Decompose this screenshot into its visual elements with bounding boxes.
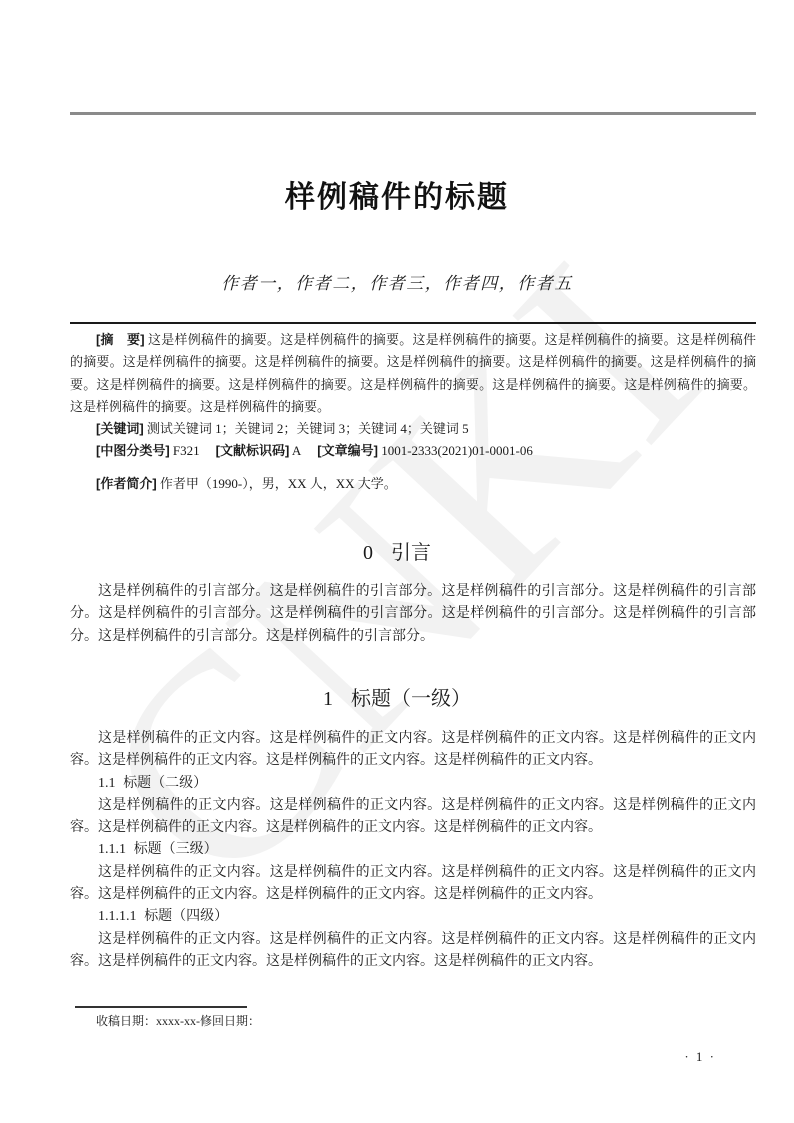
section-1-title: 标题（一级） xyxy=(351,688,471,710)
abstract-text: 这是样例稿件的摘要。这是样例稿件的摘要。这是样例稿件的摘要。这是样例稿件的摘要。… xyxy=(70,332,756,414)
subsection-1-1-number: 1.1 xyxy=(98,776,116,791)
subsection-1-1-1-1-heading: 1.1.1.1标题（四级） xyxy=(70,906,756,928)
abstract-rule xyxy=(70,322,756,324)
abstract-paragraph: [摘 要] 这是样例稿件的摘要。这是样例稿件的摘要。这是样例稿件的摘要。这是样例… xyxy=(70,329,756,418)
section-0-number: 0 xyxy=(363,542,373,564)
subsection-1-1-1-number: 1.1.1 xyxy=(98,842,126,857)
subsection-1-1-title: 标题（二级） xyxy=(123,776,207,791)
subsection-1-1-1-1-number: 1.1.1.1 xyxy=(98,909,137,924)
subsection-1-1-1-heading: 1.1.1标题（三级） xyxy=(70,839,756,861)
section-1-heading: 1标题（一级） xyxy=(0,682,794,711)
introduction-block: 这是样例稿件的引言部分。这是样例稿件的引言部分。这是样例稿件的引言部分。这是样例… xyxy=(70,581,756,648)
author-bio-label: [作者简介] xyxy=(96,476,157,491)
header-rule xyxy=(70,112,756,115)
doc-code-label: [文献标识码] xyxy=(216,443,290,458)
manuscript-page: CNKI 样例稿件的标题 作者一，作者二，作者三，作者四，作者五 [摘 要] 这… xyxy=(0,0,794,1123)
article-no-value: 1001-2333(2021)01-0001-06 xyxy=(381,443,533,458)
page-number: · 1 · xyxy=(684,1049,716,1065)
section-0-heading: 0引言 xyxy=(0,536,794,565)
body-paragraph: 这是样例稿件的正文内容。这是样例稿件的正文内容。这是样例稿件的正文内容。这是样例… xyxy=(70,795,756,840)
received-date-note: 收稿日期：xxxx-xx-修回日期： xyxy=(96,1012,260,1030)
clc-label: [中图分类号] xyxy=(96,443,170,458)
article-no-label: [文章编号] xyxy=(317,443,378,458)
author-bio-text: 作者甲（1990-），男，XX 人，XX 大学。 xyxy=(160,476,397,491)
classification-line: [中图分类号] F321[文献标识码] A[文章编号] 1001-2333(20… xyxy=(70,440,756,462)
abstract-label: [摘 要] xyxy=(96,332,145,347)
keywords-text: 测试关键词 1；关键词 2；关键词 3；关键词 4；关键词 5 xyxy=(147,421,469,436)
authors-line: 作者一，作者二，作者三，作者四，作者五 xyxy=(0,269,794,294)
keywords-line: [关键词] 测试关键词 1；关键词 2；关键词 3；关键词 4；关键词 5 xyxy=(70,418,756,440)
subsection-1-1-heading: 1.1标题（二级） xyxy=(70,773,756,795)
section-1-body-block: 这是样例稿件的正文内容。这是样例稿件的正文内容。这是样例稿件的正文内容。这是样例… xyxy=(70,728,756,973)
keywords-label: [关键词] xyxy=(96,421,144,436)
body-paragraph: 这是样例稿件的正文内容。这是样例稿件的正文内容。这是样例稿件的正文内容。这是样例… xyxy=(70,862,756,907)
subsection-1-1-1-title: 标题（三级） xyxy=(134,842,218,857)
introduction-paragraph: 这是样例稿件的引言部分。这是样例稿件的引言部分。这是样例稿件的引言部分。这是样例… xyxy=(70,581,756,648)
page-title: 样例稿件的标题 xyxy=(0,172,794,216)
author-bio-line: [作者简介] 作者甲（1990-），男，XX 人，XX 大学。 xyxy=(70,473,756,495)
doc-code-value: A xyxy=(292,443,301,458)
subsection-1-1-1-1-title: 标题（四级） xyxy=(144,909,228,924)
section-0-title: 引言 xyxy=(391,542,431,564)
body-paragraph: 这是样例稿件的正文内容。这是样例稿件的正文内容。这是样例稿件的正文内容。这是样例… xyxy=(70,728,756,773)
clc-value: F321 xyxy=(173,443,200,458)
front-matter: [摘 要] 这是样例稿件的摘要。这是样例稿件的摘要。这是样例稿件的摘要。这是样例… xyxy=(70,329,756,495)
section-1-number: 1 xyxy=(323,688,333,710)
footnote-rule xyxy=(75,1006,247,1008)
body-paragraph: 这是样例稿件的正文内容。这是样例稿件的正文内容。这是样例稿件的正文内容。这是样例… xyxy=(70,929,756,974)
